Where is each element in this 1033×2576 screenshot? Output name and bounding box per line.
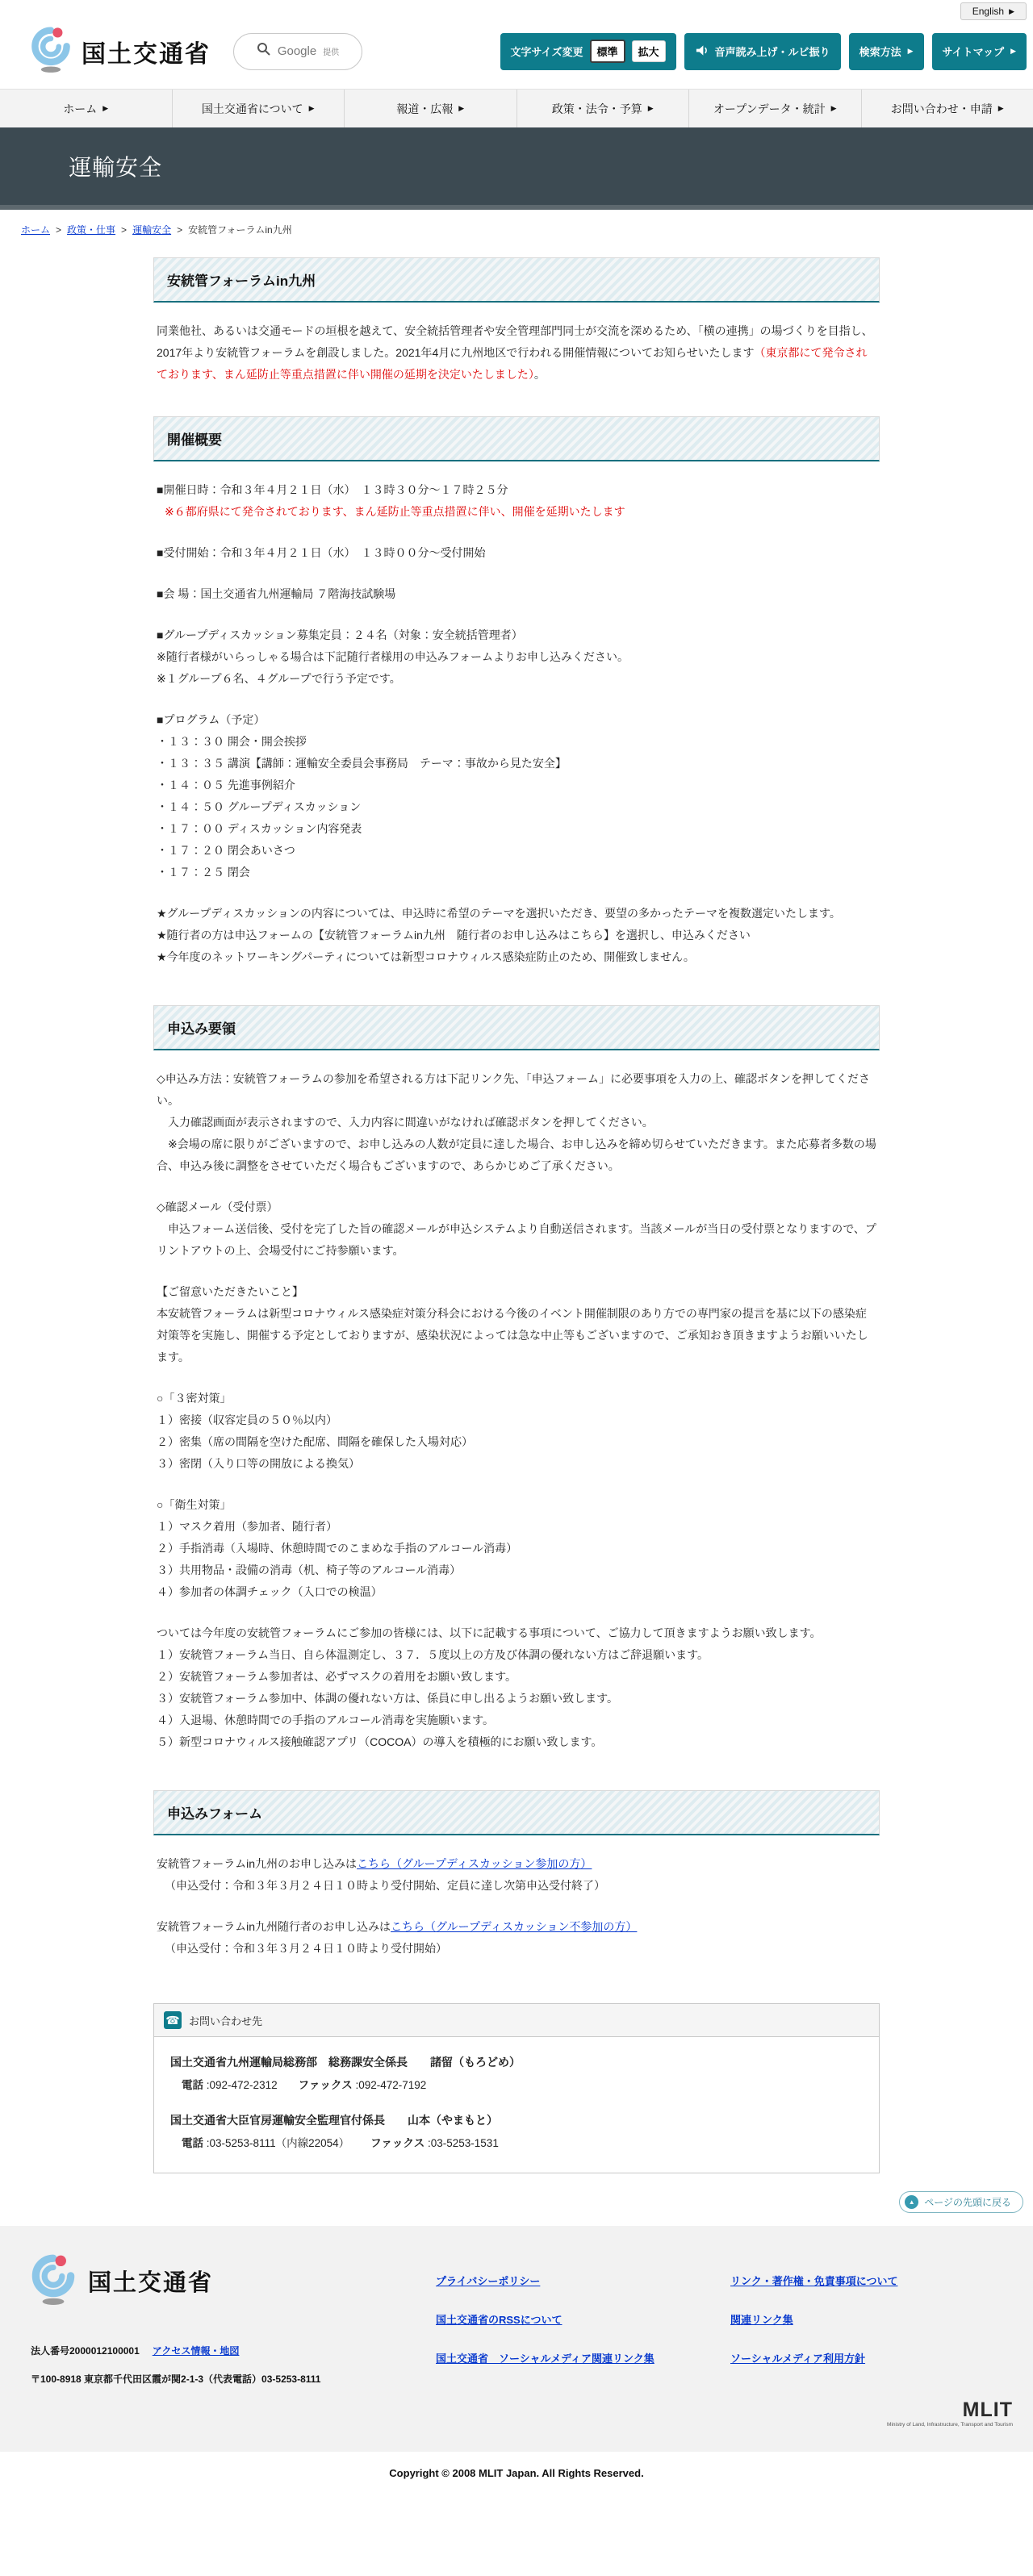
nav-item-policy[interactable]: 政策・法令・予算 ▶ (516, 90, 689, 127)
arrow-right-icon: ▶ (1009, 8, 1014, 15)
arrow-right-icon: ▶ (648, 105, 654, 112)
mlit-logo-icon (28, 24, 73, 78)
global-nav: ホーム ▶ 国土交通省について ▶ 報道・広報 ▶ 政策・法令・予算 ▶ オープ… (0, 89, 1033, 127)
arrow-right-icon: ▶ (831, 105, 837, 112)
back-to-top-label: ページの先頭に戻る (924, 2195, 1011, 2209)
search-provider-label: Google (278, 44, 316, 58)
mlit-logo[interactable]: 国土交通省 (28, 24, 211, 78)
arrow-right-icon: ▶ (998, 105, 1004, 112)
sitemap-button[interactable]: サイトマップ ▶ (932, 33, 1027, 70)
search-method-button[interactable]: 検索方法 ▶ (849, 33, 924, 70)
section-intro: 安統管フォーラムin九州 同業他社、あるいは交通モードの垣根を越えて、安全統括管… (153, 257, 880, 394)
contact-numbers: 電話 :03-5253-8111（内線22054）ファックス :03-5253-… (170, 2134, 863, 2153)
nav-item-opendata[interactable]: オープンデータ・統計 ▶ (688, 90, 861, 127)
speaker-icon (695, 44, 709, 60)
footer-access-link[interactable]: アクセス情報・地図 (153, 2345, 240, 2357)
breadcrumb-safety[interactable]: 運輸安全 (132, 224, 171, 236)
breadcrumb: ホーム>政策・仕事>運輸安全>安統管フォーラムin九州 (0, 210, 1033, 246)
application-three-c: ○「３密対策」 １）密接（収容定員の５０％以内） ２）密集（席の間隔を空けた配席… (157, 1388, 876, 1475)
contact-box: ☎ お問い合わせ先 国土交通省九州運輸局総務部 総務課安全係長 諸留（もろどめ）… (153, 2003, 880, 2173)
breadcrumb-separator: > (56, 224, 61, 236)
contact-box-header: ☎ お問い合わせ先 (154, 2004, 879, 2037)
footer-link-social-links[interactable]: 国土交通省 ソーシャルメディア関連リンク集 (436, 2350, 655, 2365)
application-hygiene: ○「衛生対策」 １）マスク着用（参加者、随行者） ２）手指消毒（入場時、休憩時間… (157, 1494, 876, 1603)
search-provider-suffix: 提供 (323, 45, 339, 57)
english-button[interactable]: English ▶ (960, 2, 1027, 20)
back-to-top-button[interactable]: ▲ ページの先頭に戻る (899, 2191, 1023, 2213)
nav-item-home[interactable]: ホーム ▶ (0, 90, 172, 127)
footer-link-social-policy[interactable]: ソーシャルメディア利用方針 (730, 2350, 897, 2365)
nav-item-about[interactable]: 国土交通省について ▶ (172, 90, 345, 127)
contact-entry: 国土交通省九州運輸局総務部 総務課安全係長 諸留（もろどめ） 電話 :092-4… (170, 2052, 863, 2095)
arrow-up-icon: ▲ (905, 2195, 918, 2209)
outline-datetime: ■開催日時：令和３年４月２１日（水） １３時３０分～１７時２５分 ※６都府県にて… (157, 479, 876, 523)
section-intro-title: 安統管フォーラムin九州 (153, 257, 880, 303)
page-banner-title: 運輸安全 (69, 150, 162, 182)
arrow-right-icon: ▶ (458, 105, 464, 112)
mlit-wordmark: MLIT Ministry of Land, Infrastructure, T… (887, 2400, 1013, 2428)
form-attendant-note: （申込受付：令和３年３月２４日１０時より受付開始） (157, 1938, 876, 1960)
outline-venue: ■会 場：国土交通省九州運輸局 ７階海技試験場 (157, 583, 876, 605)
arrow-right-icon: ▶ (1010, 48, 1016, 55)
mlit-logo-icon (28, 2252, 78, 2311)
outline-program: ■プログラム（予定） ・１３：３０ 開会・開会挨拶 ・１３：３５ 講演【講師：運… (157, 709, 876, 883)
breadcrumb-separator: > (121, 224, 127, 236)
section-outline: 開催概要 ■開催日時：令和３年４月２１日（水） １３時３０分～１７時２５分 ※６… (153, 416, 880, 983)
application-method: ◇申込み方法：安統管フォーラムの参加を希望される方は下記リンク先、「申込フォーム… (157, 1068, 876, 1177)
contact-box-title: お問い合わせ先 (189, 2013, 262, 2028)
arrow-right-icon: ▶ (908, 48, 914, 55)
arrow-right-icon: ▶ (309, 105, 315, 112)
form-attendant-link[interactable]: こちら（グループディスカッション不参加の方） (391, 1920, 637, 1933)
page-banner: 運輸安全 (0, 127, 1033, 210)
font-size-standard-button[interactable]: 標準 (590, 40, 625, 63)
footer-corporate-number: 法人番号2000012100001アクセス情報・地図 (31, 2344, 239, 2357)
footer-link-copyright-policy[interactable]: リンク・著作権・免責事項について (730, 2273, 897, 2288)
footer-links-column-1: プライバシーポリシー 国土交通省のRSSについて 国土交通省 ソーシャルメディア… (436, 2273, 655, 2365)
section-outline-title: 開催概要 (153, 416, 880, 461)
contact-org: 国土交通省大臣官房運輸安全監理官付係長 山本（やまもと） (170, 2110, 863, 2131)
breadcrumb-separator: > (177, 224, 182, 236)
site-footer: 国土交通省 法人番号2000012100001アクセス情報・地図 〒100-89… (0, 2226, 1033, 2452)
contact-org: 国土交通省九州運輸局総務部 総務課安全係長 諸留（もろどめ） (170, 2052, 863, 2073)
footer-address: 〒100-8918 東京都千代田区霞が関2-1-3（代表電話）03-5253-8… (31, 2372, 320, 2386)
breadcrumb-home[interactable]: ホーム (21, 224, 50, 236)
footer-logo-text: 国土交通省 (88, 2265, 213, 2298)
back-to-top-row: ▲ ページの先頭に戻る (0, 2173, 1033, 2226)
contact-numbers: 電話 :092-472-2312ファックス :092-472-7192 (170, 2076, 863, 2095)
application-cooperation: ついては今年度の安統管フォーラムにご参加の皆様には、以下に記載する事項について、… (157, 1622, 876, 1753)
footer-link-privacy[interactable]: プライバシーポリシー (436, 2273, 655, 2288)
section-application-title: 申込み要領 (153, 1005, 880, 1050)
site-header: English ▶ 国土交通省 Google 提供 (0, 0, 1033, 89)
form-attendant: 安統管フォーラムin九州随行者のお申し込みはこちら（グループディスカッション不参… (157, 1916, 876, 1960)
application-confirm-mail: ◇確認メール（受付票） 申込フォーム送信後、受付を完了した旨の確認メールが申込シ… (157, 1196, 876, 1262)
page-root: { "colors": { "accent_teal": "#0e7c8c", … (0, 0, 1033, 2495)
footer-links-column-2: リンク・著作権・免責事項について 関連リンク集 ソーシャルメディア利用方針 (730, 2273, 897, 2365)
footer-logo[interactable]: 国土交通省 (28, 2252, 213, 2311)
mlit-logo-text: 国土交通省 (82, 34, 211, 69)
main-content: 安統管フォーラムin九州 同業他社、あるいは交通モードの垣根を越えて、安全統括管… (153, 257, 880, 2173)
header-buttons: 文字サイズ変更 標準 拡大 音声読み上げ・ルビ振り 検索方法 ▶ サイトマップ (500, 33, 1027, 70)
intro-paragraph: 同業他社、あるいは交通モードの垣根を越えて、安全統括管理者や安全管理部門同士が交… (157, 320, 876, 386)
audio-readout-button[interactable]: 音声読み上げ・ルビ振り (684, 33, 841, 70)
section-form-title: 申込みフォーム (153, 1790, 880, 1835)
breadcrumb-current: 安統管フォーラムin九州 (188, 224, 292, 236)
breadcrumb-policy[interactable]: 政策・仕事 (67, 224, 115, 236)
search-icon (257, 42, 271, 61)
phone-icon: ☎ (164, 2011, 182, 2029)
form-participant-note: （申込受付：令和３年３月２４日１０時より受付開始、定員に達し次第申込受付終了） (157, 1875, 876, 1897)
site-search[interactable]: Google 提供 (233, 33, 362, 70)
footer-link-rss[interactable]: 国土交通省のRSSについて (436, 2311, 655, 2327)
outline-capacity: ■グループディスカッション募集定員：２４名（対象：安全統括管理者） ※随行者様が… (157, 624, 876, 690)
copyright-bar: Copyright © 2008 MLIT Japan. All Rights … (0, 2452, 1033, 2495)
contact-entry: 国土交通省大臣官房運輸安全監理官付係長 山本（やまもと） 電話 :03-5253… (170, 2110, 863, 2153)
section-application: 申込み要領 ◇申込み方法：安統管フォーラムの参加を希望される方は下記リンク先、「… (153, 1005, 880, 1768)
form-participant: 安統管フォーラムin九州のお申し込みはこちら（グループディスカッション参加の方）… (157, 1853, 876, 1897)
font-size-label: 文字サイズ変更 (511, 44, 583, 59)
search-method-label: 検索方法 (859, 44, 901, 59)
english-label: English (972, 6, 1004, 17)
outline-postpone-alert: ※６都府県にて発令されております、まん延防止等重点措置に伴い、開催を延期いたしま… (157, 501, 876, 523)
font-size-control: 文字サイズ変更 標準 拡大 (500, 33, 676, 70)
nav-item-inquiry[interactable]: お問い合わせ・申請 ▶ (861, 90, 1033, 127)
audio-readout-label: 音声読み上げ・ルビ振り (715, 44, 830, 59)
outline-reception: ■受付開始：令和３年４月２１日（水） １３時００分～受付開始 (157, 542, 876, 564)
arrow-right-icon: ▶ (102, 105, 108, 112)
footer-link-related[interactable]: 関連リンク集 (730, 2311, 897, 2327)
section-form: 申込みフォーム 安統管フォーラムin九州のお申し込みはこちら（グループディスカッ… (153, 1790, 880, 2173)
nav-item-press[interactable]: 報道・広報 ▶ (344, 90, 516, 127)
application-notice: 【ご留意いただきたいこと】 本安統管フォーラムは新型コロナウィルス感染症対策分科… (157, 1281, 876, 1368)
font-size-large-button[interactable]: 拡大 (632, 40, 666, 62)
form-participant-link[interactable]: こちら（グループディスカッション参加の方） (357, 1857, 592, 1870)
outline-notes: ★グループディスカッションの内容については、申込時に希望のテーマを選択いただき、… (157, 903, 876, 968)
sitemap-label: サイトマップ (943, 44, 1005, 59)
